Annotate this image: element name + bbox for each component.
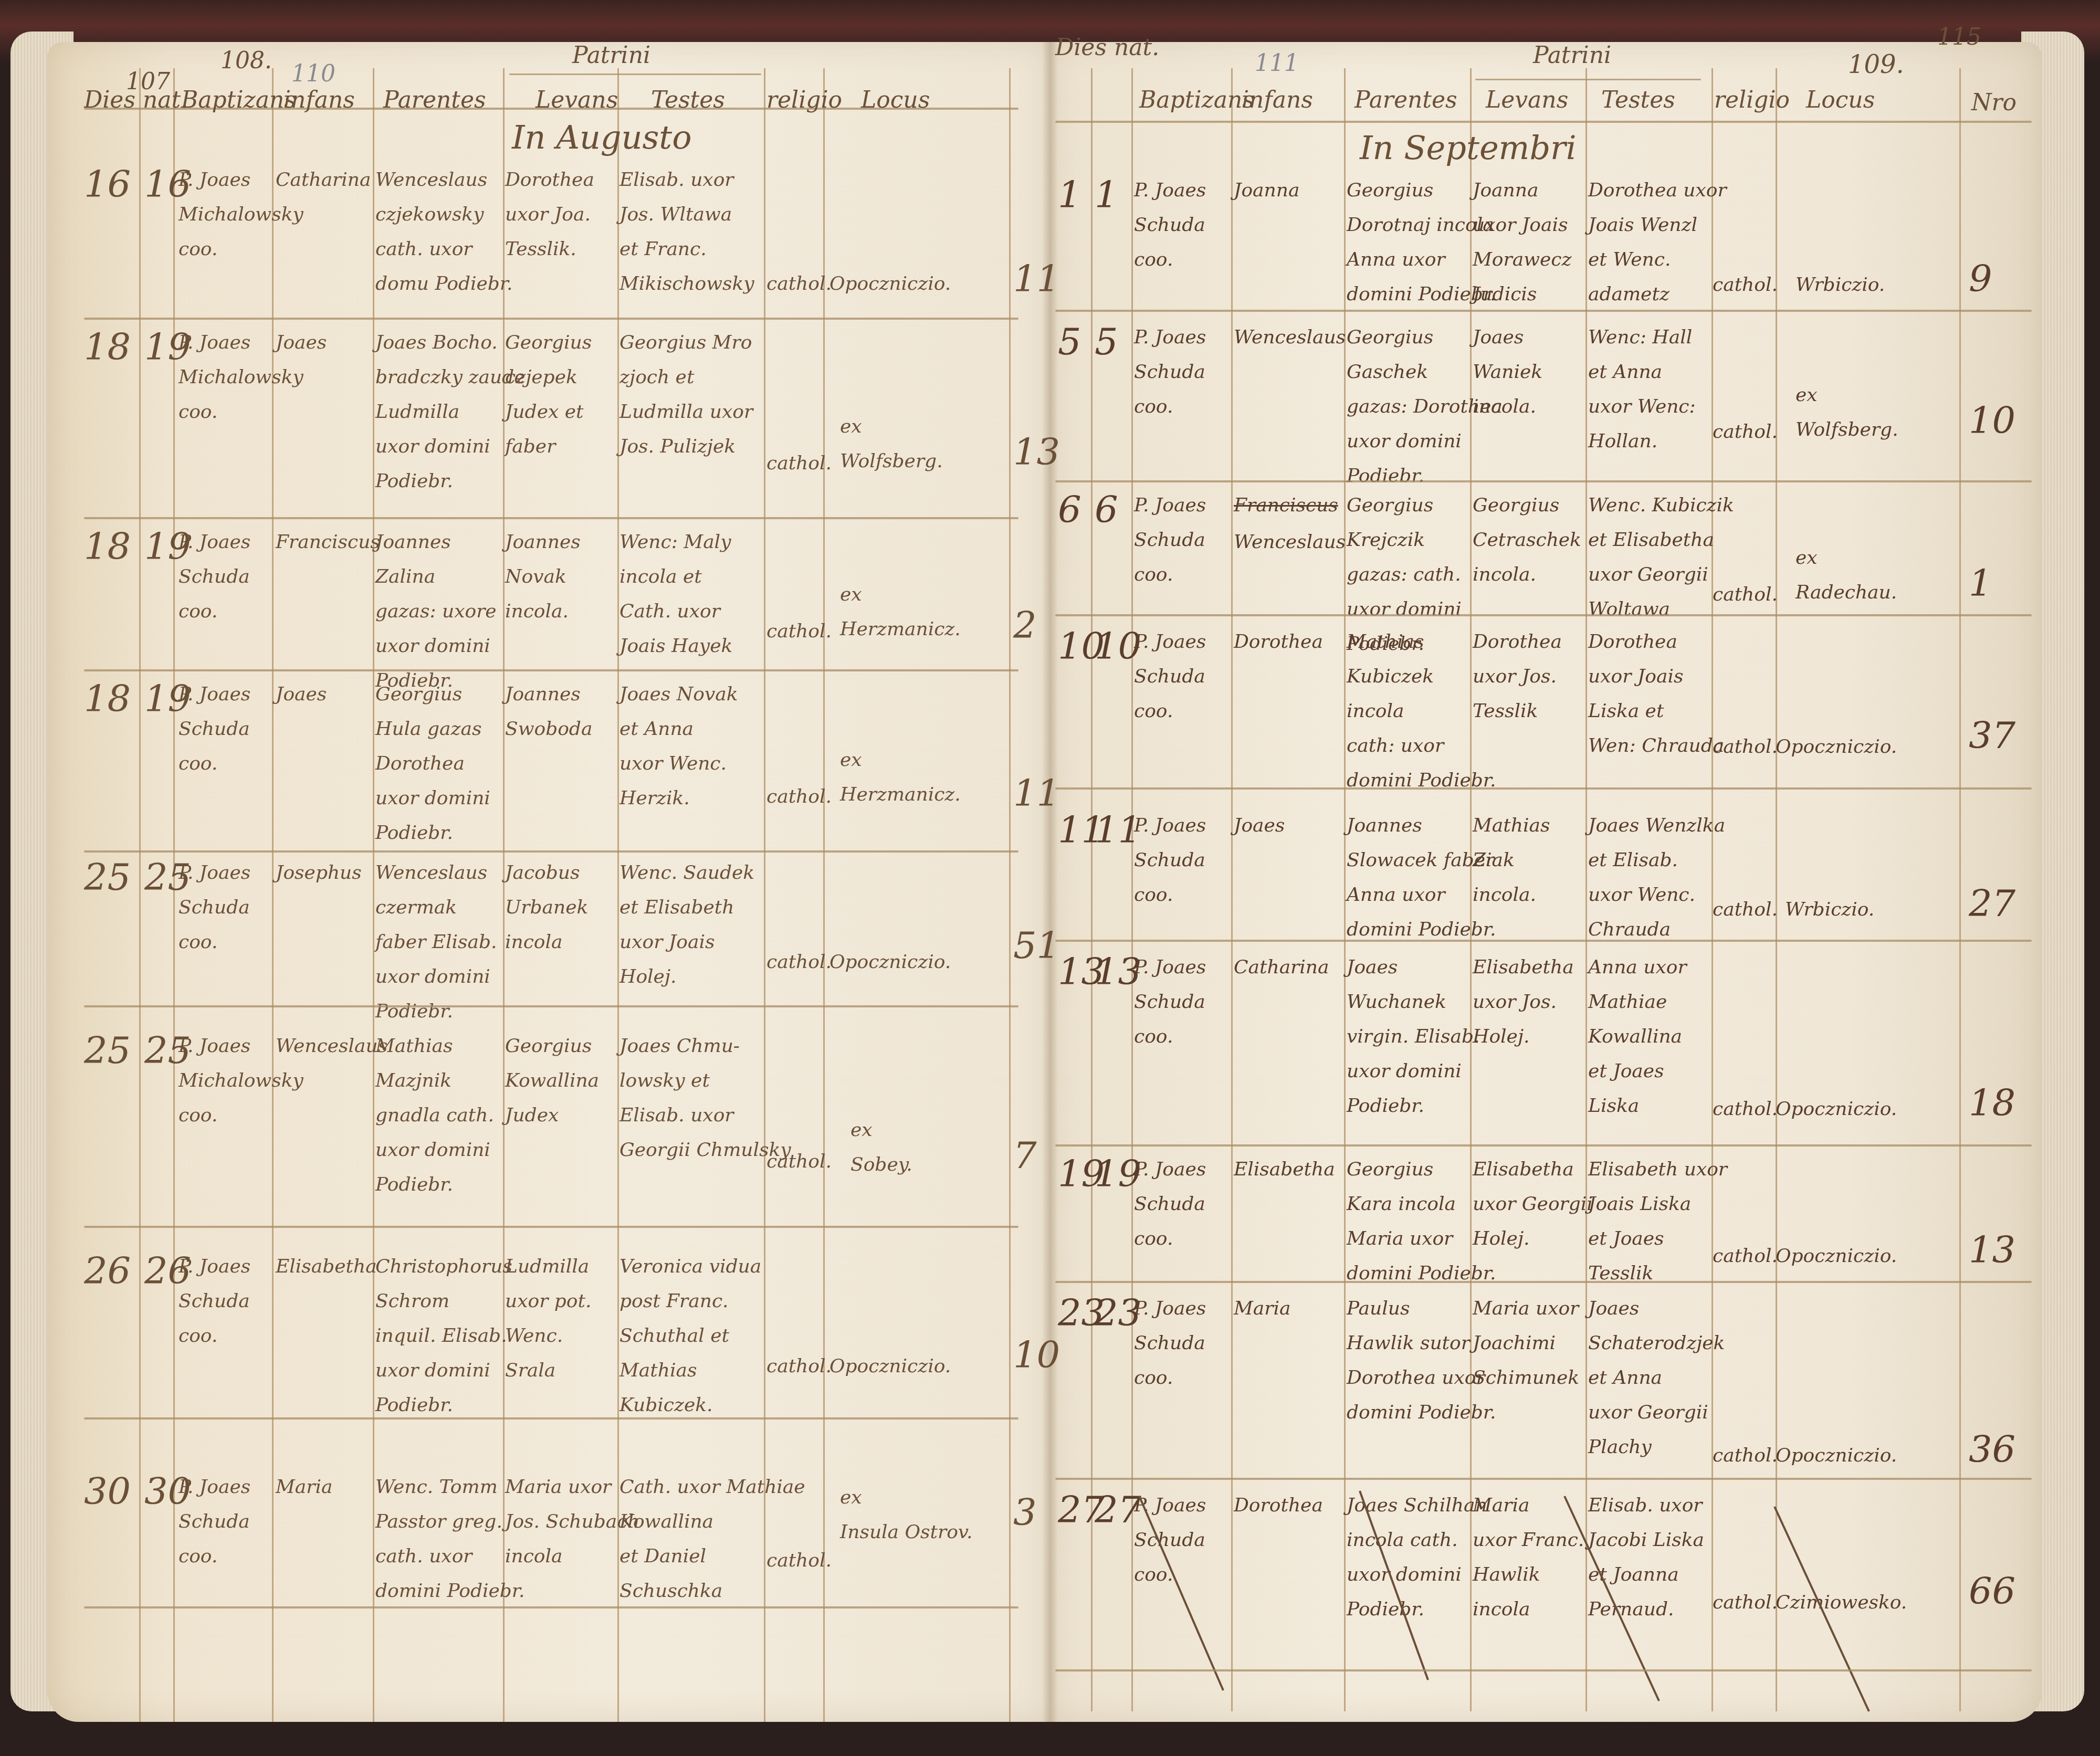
dies-nat: 1 — [1058, 173, 1081, 216]
religio: cathol. — [1713, 577, 1778, 612]
row-divider — [1055, 1669, 2032, 1671]
infans: Joanna — [1234, 173, 1299, 208]
row-divider — [1055, 1478, 2032, 1480]
row-divider — [84, 1417, 1018, 1419]
locus: ex Insula Ostrov. — [840, 1480, 972, 1550]
row-divider — [84, 669, 1018, 671]
parentes: Wenceslaus czjekowsky cath. uxor domu Po… — [375, 163, 513, 301]
col-locus: Locus — [861, 87, 930, 113]
nro: 11 — [1013, 257, 1060, 300]
levans: Dorothea uxor Jos. Tesslik — [1473, 625, 1562, 729]
strike-through-marks — [1092, 1480, 2037, 1722]
dies-nat: 25 — [84, 856, 131, 899]
levans: Elisabetha uxor Georgii Holej. — [1473, 1152, 1593, 1256]
levans: Jacobus Urbanek incola — [505, 856, 588, 960]
dies-nat: 5 — [1058, 320, 1081, 363]
testes: Joaes Schaterodzjek et Anna uxor Georgii… — [1588, 1291, 1725, 1465]
levans: Elisabetha uxor Jos. Holej. — [1473, 950, 1574, 1054]
row-divider — [1055, 787, 2032, 790]
baptizans: P. Joaes Schuda coo. — [178, 677, 250, 781]
dies-nat: 18 — [84, 677, 131, 720]
col-parentes-right: Parentes — [1354, 87, 1457, 113]
infans: Franciscus — [276, 525, 380, 560]
column-divider — [139, 68, 141, 1722]
testes: Joaes Chmu- lowsky et Elisab. uxor Georg… — [619, 1029, 791, 1168]
dies-bapt: 5 — [1095, 320, 1118, 363]
infans: Josephus — [276, 856, 362, 890]
col-levans-right: Levans — [1486, 87, 1568, 113]
baptizans: P. Joaes Schuda coo. — [1134, 950, 1206, 1054]
locus: Opoczniczio. — [829, 945, 951, 980]
patrini-bracket — [1475, 79, 1701, 80]
religio: cathol. — [766, 1543, 832, 1578]
col-nro-right: Nro — [1971, 89, 2017, 116]
nro: 36 — [1969, 1428, 2015, 1471]
testes: Elisabeth uxor Joais Liska et Joaes Tess… — [1588, 1152, 1727, 1291]
dies-nat: 18 — [84, 325, 131, 369]
nro: 7 — [1013, 1134, 1037, 1177]
column-divider — [1959, 68, 1961, 1711]
col-parentes: Parentes — [383, 87, 486, 113]
religio: cathol. — [766, 945, 832, 980]
baptizans: P. Joaes Schuda coo. — [178, 525, 250, 629]
parentes: Joaes Bocho. bradczky zaude Ludmilla uxo… — [375, 325, 525, 499]
col-infans: infans — [283, 87, 355, 113]
locus: ex Wolfsberg. — [1795, 378, 1898, 447]
infans: Joaes — [276, 325, 327, 360]
nro: 13 — [1969, 1228, 2015, 1271]
row-divider — [1055, 1144, 2032, 1147]
column-divider — [1131, 68, 1133, 1711]
religio: cathol. — [766, 780, 832, 814]
nro: 13 — [1013, 430, 1060, 474]
locus: ex Herzmanicz. — [840, 577, 961, 647]
row-divider — [1055, 940, 2032, 942]
religio: cathol. — [1713, 415, 1778, 449]
levans: Joaes Waniek incola. — [1473, 320, 1542, 424]
infans: Wenceslaus — [1234, 525, 1346, 560]
levans: Mathias Ziak incola. — [1473, 808, 1550, 912]
baptizans: P. Joaes Schuda coo. — [1134, 1291, 1206, 1395]
baptizans: P. Joaes Schuda coo. — [1134, 488, 1206, 592]
testes: Georgius Mro zjoch et Ludmilla uxor Jos.… — [619, 325, 753, 464]
col-baptizans-right: Baptizans — [1139, 87, 1254, 113]
nro: 18 — [1969, 1081, 2015, 1124]
locus: ex Herzmanicz. — [840, 743, 961, 812]
religio: cathol. — [1713, 268, 1778, 302]
levans: Georgius Cetraschek incola. — [1473, 488, 1581, 592]
row-divider — [84, 517, 1018, 519]
parentes: Wenceslaus czermak faber Elisab. uxor do… — [375, 856, 497, 1029]
baptizans: P. Joaes Schuda coo. — [178, 1249, 250, 1353]
col-locus-right: Locus — [1806, 87, 1875, 113]
nro: 51 — [1013, 924, 1060, 967]
levans: Maria uxor Joachimi Schimunek — [1473, 1291, 1579, 1395]
testes: Wenc: Maly incola et Cath. uxor Joais Ha… — [619, 525, 732, 664]
locus: Opoczniczio. — [1776, 1239, 1897, 1274]
religio: cathol. — [1713, 1239, 1778, 1274]
row-divider — [1055, 614, 2032, 616]
infans-struck: Franciscus — [1234, 488, 1338, 523]
nro: 1 — [1969, 562, 1992, 605]
col-dies-right: Dies nat. — [1055, 34, 1159, 61]
page-number-pencil-right: 111 — [1255, 50, 1299, 77]
month-label-right: In Septembri — [1360, 129, 1577, 167]
baptizans: P. Joaes Schuda coo. — [1134, 320, 1206, 424]
testes: Joaes Novak et Anna uxor Wenc. Herzik. — [619, 677, 738, 816]
religio: cathol. — [766, 614, 832, 649]
parentes: Christophorus Schrom inquil. Elisab. uxo… — [375, 1249, 512, 1423]
nro: 10 — [1013, 1333, 1060, 1376]
infans: Joaes — [1234, 808, 1285, 843]
page-number-left: 108. — [220, 47, 272, 74]
infans: Maria — [1234, 1291, 1291, 1326]
infans: Maria — [276, 1470, 333, 1505]
row-divider — [84, 1606, 1018, 1608]
levans: Joanna uxor Joais Morawecz Judicis — [1473, 173, 1571, 312]
religio: cathol. — [1713, 730, 1778, 764]
nro: 3 — [1013, 1491, 1037, 1534]
infans: Wenceslaus — [276, 1029, 387, 1064]
column-divider — [1231, 68, 1233, 1711]
dies-nat: 26 — [84, 1249, 131, 1292]
dies-nat: 25 — [84, 1029, 131, 1072]
column-divider — [1009, 68, 1011, 1722]
dies-nat: 18 — [84, 525, 131, 568]
testes: Anna uxor Mathiae Kowallina et Joaes Lis… — [1588, 950, 1687, 1123]
patrini-label-left: Patrini — [572, 42, 650, 69]
baptizans: P. Joaes Schuda coo. — [1134, 1152, 1206, 1256]
locus: Opoczniczio. — [1776, 1438, 1897, 1473]
infans: Wenceslaus — [1234, 320, 1346, 355]
header-rule — [1055, 121, 2032, 123]
dies-bapt: 6 — [1095, 488, 1118, 531]
parentes: Georgius Hula gazas Dorothea uxor domini… — [375, 677, 490, 850]
levans: Georgius Kowallina Judex — [505, 1029, 599, 1133]
month-label-left: In Augusto — [512, 118, 692, 156]
religio: cathol. — [1713, 1438, 1778, 1473]
levans: Georgius czjepek Judex et faber — [505, 325, 592, 464]
testes: Dorothea uxor Joais Wenzl et Wenc. adame… — [1588, 173, 1727, 312]
patrini-bracket — [509, 73, 761, 75]
baptizans: P. Joaes Schuda coo. — [178, 1470, 250, 1574]
dies-bapt: 1 — [1095, 173, 1118, 216]
parentes: Wenc. Tomm Passtor greg. cath. uxor domi… — [375, 1470, 525, 1608]
row-divider — [1055, 310, 2032, 312]
col-levans: Levans — [535, 87, 618, 113]
religio: cathol. — [1713, 892, 1778, 927]
religio: cathol. — [766, 1144, 832, 1179]
religio: cathol. — [766, 267, 832, 301]
locus: ex Wolfsberg. — [840, 409, 943, 479]
testes: Cath. uxor Mathiae Kowallina et Daniel S… — [619, 1470, 805, 1608]
column-divider — [272, 68, 274, 1722]
levans: Dorothea uxor Joa. Tesslik. — [505, 163, 594, 267]
row-divider — [1055, 480, 2032, 482]
column-divider — [823, 68, 825, 1722]
parentes: Joaes Wuchanek virgin. Elisab. uxor domi… — [1347, 950, 1479, 1123]
testes: Wenc: Hall et Anna uxor Wenc: Hollan. — [1588, 320, 1696, 459]
row-divider — [1055, 1281, 2032, 1283]
testes: Dorothea uxor Joais Liska et Wen: Chraud… — [1588, 625, 1724, 763]
row-divider — [84, 850, 1018, 853]
dies-nat: 16 — [84, 163, 131, 206]
parentes: Mathias Mazjnik gnadla cath. uxor domini… — [375, 1029, 494, 1202]
testes: Wenc. Saudek et Elisabeth uxor Joais Hol… — [619, 856, 754, 994]
nro: 10 — [1969, 399, 2015, 442]
religio: cathol. — [1713, 1092, 1778, 1127]
dies-nat: 6 — [1058, 488, 1081, 531]
locus: Opoczniczio. — [829, 267, 951, 301]
nro: 2 — [1013, 604, 1037, 647]
levans: Ludmilla uxor pot. Wenc. Srala — [505, 1249, 591, 1388]
col-dies-nat: Dies nat. — [84, 87, 188, 113]
col-testes: Testes — [651, 87, 725, 113]
page-number-right: 109. — [1848, 50, 1904, 79]
nro: 37 — [1969, 714, 2015, 757]
testes: Veronica vidua post Franc. Schuthal et M… — [619, 1249, 761, 1423]
col-religio-right: religio — [1714, 87, 1790, 113]
infans: Catharina — [1234, 950, 1329, 985]
religio: cathol. — [766, 1349, 832, 1384]
infans: Elisabetha — [276, 1249, 377, 1284]
corner-mark-right: 115 — [1937, 24, 1981, 50]
col-baptizans: Baptizans — [181, 87, 296, 113]
infans: Joaes — [276, 677, 327, 712]
col-testes-right: Testes — [1601, 87, 1675, 113]
nro: 9 — [1969, 257, 1992, 300]
page-number-pencil-left: 110 — [291, 60, 335, 87]
locus: Opoczniczio. — [1776, 730, 1897, 764]
locus: Wrbiczio. — [1785, 892, 1874, 927]
infans: Dorothea — [1234, 625, 1323, 659]
religio: cathol. — [766, 446, 832, 481]
dies-nat: 30 — [84, 1470, 131, 1513]
row-divider — [84, 318, 1018, 320]
baptizans: P. Joaes Schuda coo. — [1134, 173, 1206, 277]
patrini-label-right: Patrini — [1533, 42, 1611, 69]
locus: ex Radechau. — [1795, 541, 1897, 610]
column-divider — [1091, 68, 1093, 1711]
infans: Catharina — [276, 163, 371, 197]
column-divider — [1585, 68, 1587, 1711]
row-divider — [84, 1226, 1018, 1228]
baptizans: P. Joaes Schuda coo. — [1134, 808, 1206, 912]
locus: Opoczniczio. — [829, 1349, 951, 1384]
baptizans: P. Joaes Schuda coo. — [1134, 625, 1206, 729]
column-divider — [373, 68, 374, 1722]
testes: Joaes Wenzlka et Elisab. uxor Wenc. Chra… — [1588, 808, 1725, 947]
testes: Elisab. uxor Jos. Wltawa et Franc. Mikis… — [619, 163, 754, 301]
nro: 27 — [1969, 882, 2015, 925]
locus: Opoczniczio. — [1776, 1092, 1897, 1127]
locus: ex Sobey. — [850, 1113, 912, 1182]
parentes: Joannes Zalina gazas: uxore uxor domini … — [375, 525, 497, 698]
locus: Wrbiczio. — [1795, 268, 1885, 302]
nro: 11 — [1013, 772, 1060, 815]
levans: Joannes Novak incola. — [505, 525, 581, 629]
col-infans-right: infans — [1242, 87, 1313, 113]
row-divider — [84, 1005, 1018, 1007]
baptizans: P. Joaes Schuda coo. — [178, 856, 250, 960]
infans: Elisabetha — [1234, 1152, 1335, 1187]
col-religio: religio — [766, 87, 842, 113]
column-divider — [1344, 68, 1346, 1711]
levans: Joannes Swoboda — [505, 677, 592, 746]
